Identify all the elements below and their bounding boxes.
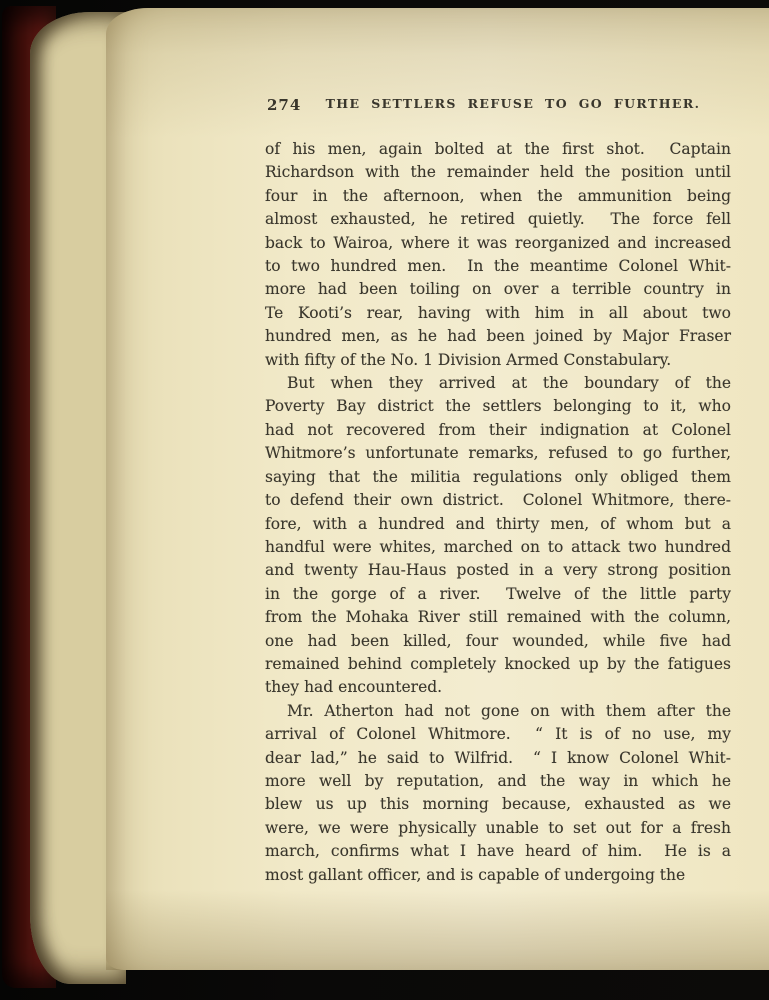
page-number: 274 xyxy=(267,96,301,114)
book-page: 274 THE SETTLERS REFUSE TO GO FURTHER. o… xyxy=(106,8,769,970)
text-line: one had been killed, four wounded, while… xyxy=(265,630,731,653)
paragraph: Mr. Atherton had not gone on with them a… xyxy=(265,700,731,887)
text-line: from the Mohaka River still remained wit… xyxy=(265,606,731,629)
text-line: Richardson with the remainder held the p… xyxy=(265,161,731,184)
text-line: more had been toiling on over a terrible… xyxy=(265,278,731,301)
text-line: were, we were physically unable to set o… xyxy=(265,817,731,840)
text-line: hundred men, as he had been joined by Ma… xyxy=(265,325,731,348)
book-photo-scene: 274 THE SETTLERS REFUSE TO GO FURTHER. o… xyxy=(0,0,769,1000)
text-line: But when they arrived at the boundary of… xyxy=(265,372,731,395)
text-line: back to Wairoa, where it was reorganized… xyxy=(265,232,731,255)
page-text-block: 274 THE SETTLERS REFUSE TO GO FURTHER. o… xyxy=(265,96,731,887)
text-line: march, confirms what I have heard of him… xyxy=(265,840,731,863)
text-line: with fifty of the No. 1 Division Armed C… xyxy=(265,349,731,372)
text-line: handful were whites, marched on to attac… xyxy=(265,536,731,559)
text-line: and twenty Hau-Haus posted in a very str… xyxy=(265,559,731,582)
text-line: Te Kooti’s rear, having with him in all … xyxy=(265,302,731,325)
text-line: Poverty Bay district the settlers belong… xyxy=(265,395,731,418)
text-line: blew us up this morning because, exhaust… xyxy=(265,793,731,816)
text-line: almost exhausted, he retired quietly. Th… xyxy=(265,208,731,231)
text-line: Mr. Atherton had not gone on with them a… xyxy=(265,700,731,723)
text-line: Whitmore’s unfortunate remarks, refused … xyxy=(265,442,731,465)
text-line: of his men, again bolted at the first sh… xyxy=(265,138,731,161)
text-line: to two hundred men. In the meantime Colo… xyxy=(265,255,731,278)
text-line: they had encountered. xyxy=(265,676,731,699)
text-line: dear lad,” he said to Wilfrid. “ I know … xyxy=(265,747,731,770)
paragraph: But when they arrived at the boundary of… xyxy=(265,372,731,700)
body-text: of his men, again bolted at the first sh… xyxy=(265,138,731,887)
text-line: had not recovered from their indignation… xyxy=(265,419,731,442)
text-line: in the gorge of a river. Twelve of the l… xyxy=(265,583,731,606)
running-head-row: 274 THE SETTLERS REFUSE TO GO FURTHER. xyxy=(265,96,731,113)
text-line: four in the afternoon, when the ammuniti… xyxy=(265,185,731,208)
text-line: saying that the militia regulations only… xyxy=(265,466,731,489)
text-line: fore, with a hundred and thirty men, of … xyxy=(265,513,731,536)
text-line: to defend their own district. Colonel Wh… xyxy=(265,489,731,512)
text-line: more well by reputation, and the way in … xyxy=(265,770,731,793)
text-line: most gallant officer, and is capable of … xyxy=(265,864,731,887)
text-line: arrival of Colonel Whitmore. “ It is of … xyxy=(265,723,731,746)
running-header: THE SETTLERS REFUSE TO GO FURTHER. xyxy=(265,96,731,111)
text-line: remained behind completely knocked up by… xyxy=(265,653,731,676)
paragraph: of his men, again bolted at the first sh… xyxy=(265,138,731,372)
